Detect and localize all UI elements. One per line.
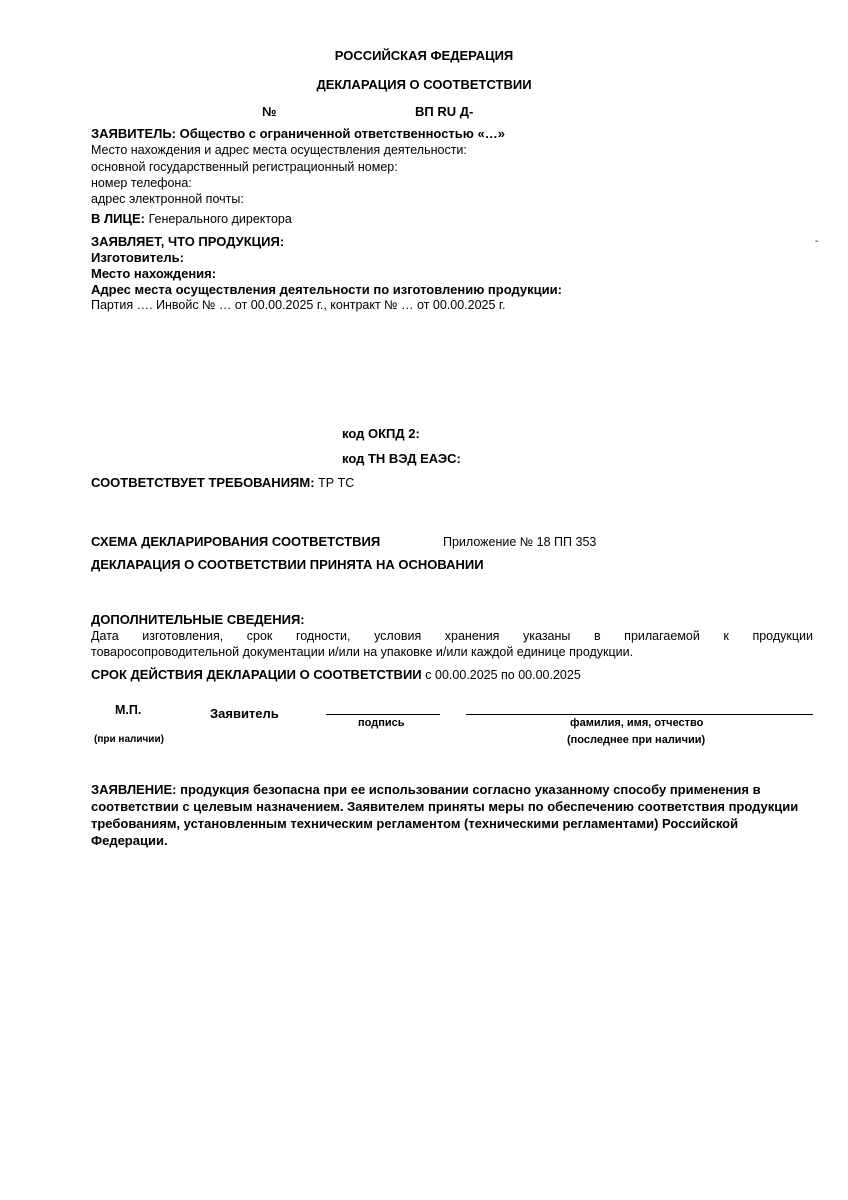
document-title: ДЕКЛАРАЦИЯ О СООТВЕТСТВИИ xyxy=(0,77,848,92)
number-label: № xyxy=(262,104,277,119)
manufacturer-label: Изготовитель: xyxy=(91,250,184,265)
represented-line: В ЛИЦЕ: Генерального директора xyxy=(91,211,292,226)
validity-label: СРОК ДЕЙСТВИЯ ДЕКЛАРАЦИИ О СООТВЕТСТВИИ xyxy=(91,667,422,682)
production-address-label: Адрес места осуществления деятельности п… xyxy=(91,282,562,297)
conformity-label: СООТВЕТСТВУЕТ ТРЕБОВАНИЯМ: xyxy=(91,475,315,490)
applicant-email: адрес электронной почты: xyxy=(91,192,244,206)
stamp-label: М.П. xyxy=(115,703,141,717)
signature-caption: подпись xyxy=(358,717,405,729)
additional-line-2: товаросопроводительной документации и/ил… xyxy=(91,645,633,659)
batch-info: Партия …. Инвойс № … от 00.00.2025 г., к… xyxy=(91,298,505,312)
conformity-line: СООТВЕТСТВУЕТ ТРЕБОВАНИЯМ: ТР ТС xyxy=(91,475,354,490)
represented-value: Генерального директора xyxy=(149,212,292,226)
location-label: Место нахождения: xyxy=(91,266,216,281)
additional-label: ДОПОЛНИТЕЛЬНЫЕ СВЕДЕНИЯ: xyxy=(91,612,305,627)
applicant-address: Место нахождения и адрес места осуществл… xyxy=(91,143,467,157)
dash-mark: - xyxy=(815,236,818,247)
statement-block: ЗАЯВЛЕНИЕ: продукция безопасна при ее ис… xyxy=(91,781,813,849)
statement-label: ЗАЯВЛЕНИЕ: xyxy=(91,782,176,797)
declares-label: ЗАЯВЛЯЕТ, ЧТО ПРОДУКЦИЯ: xyxy=(91,234,284,249)
applicant-value: Общество с ограниченной ответственностью… xyxy=(180,126,505,141)
applicant-signature-label: Заявитель xyxy=(210,706,279,721)
basis-label: ДЕКЛАРАЦИЯ О СООТВЕТСТВИИ ПРИНЯТА НА ОСН… xyxy=(91,557,484,572)
applicant-label: ЗАЯВИТЕЛЬ: xyxy=(91,126,176,141)
applicant-line: ЗАЯВИТЕЛЬ: Общество с ограниченной ответ… xyxy=(91,126,505,141)
name-note: (последнее при наличии) xyxy=(567,734,705,746)
conformity-value: ТР ТС xyxy=(318,476,354,490)
tnved-label: код ТН ВЭД ЕАЭС: xyxy=(342,451,461,466)
country-title: РОССИЙСКАЯ ФЕДЕРАЦИЯ xyxy=(0,48,848,63)
applicant-ogrn: основной государственный регистрационный… xyxy=(91,160,398,174)
applicant-phone: номер телефона: xyxy=(91,176,192,190)
number-value: ВП RU Д- xyxy=(415,104,473,119)
represented-label: В ЛИЦЕ: xyxy=(91,211,145,226)
signature-line xyxy=(326,714,440,715)
name-caption: фамилия, имя, отчество xyxy=(570,717,703,729)
statement-text: продукция безопасна при ее использовании… xyxy=(91,782,798,848)
scheme-label: СХЕМА ДЕКЛАРИРОВАНИЯ СООТВЕТСТВИЯ xyxy=(91,534,380,549)
stamp-note: (при наличии) xyxy=(94,734,164,745)
name-line xyxy=(466,714,813,715)
validity-value: с 00.00.2025 по 00.00.2025 xyxy=(425,668,581,682)
additional-line-1: Дата изготовления, срок годности, услови… xyxy=(91,628,813,644)
scheme-value: Приложение № 18 ПП 353 xyxy=(443,535,596,549)
validity-line: СРОК ДЕЙСТВИЯ ДЕКЛАРАЦИИ О СООТВЕТСТВИИ … xyxy=(91,667,581,682)
okpd-label: код ОКПД 2: xyxy=(342,426,420,441)
